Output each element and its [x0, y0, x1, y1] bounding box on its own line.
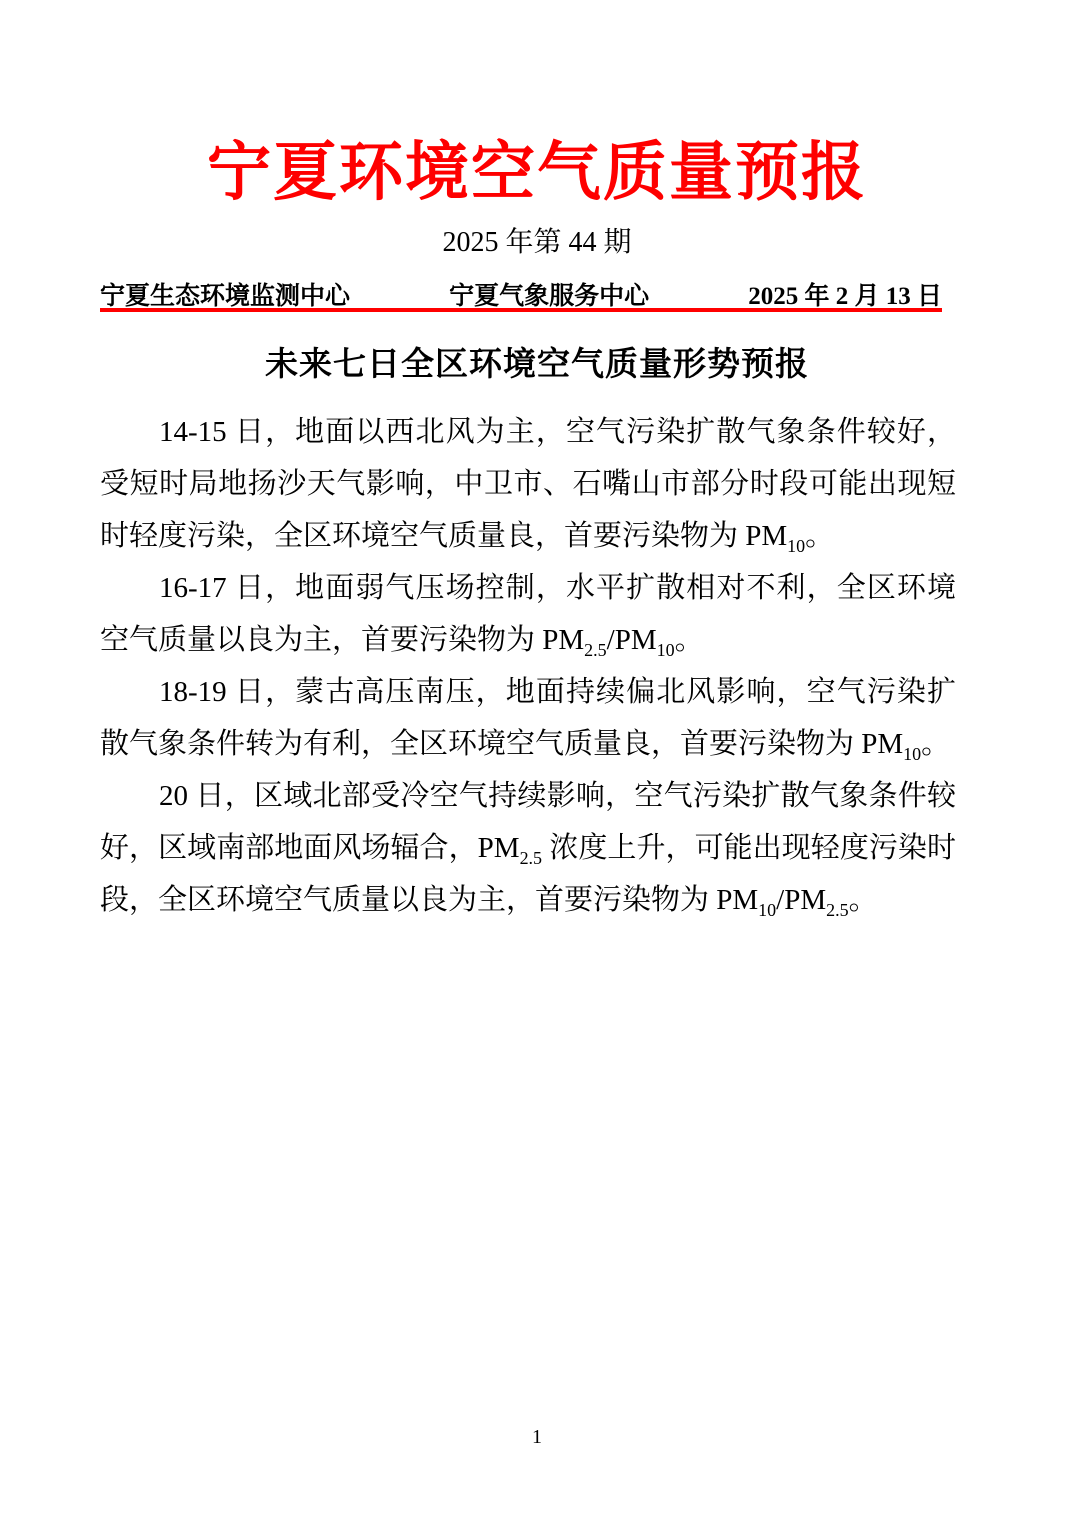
org-left-label: 宁夏生态环境监测中心: [100, 276, 350, 312]
masthead-title: 宁夏环境空气质量预报: [0, 121, 1074, 213]
issue-number-line: 2025 年第 44 期: [0, 220, 1074, 260]
forecast-body: 14-15 日，地面以西北风为主，空气污染扩散气象条件较好，受短时局地扬沙天气影…: [100, 406, 956, 926]
section-heading: 未来七日全区环境空气质量形势预报: [0, 338, 1074, 385]
organization-date-line: 宁夏生态环境监测中心 宁夏气象服务中心 2025 年 2 月 13 日: [100, 276, 942, 312]
forecast-paragraph: 14-15 日，地面以西北风为主，空气污染扩散气象条件较好，受短时局地扬沙天气影…: [100, 406, 956, 562]
org-center-label: 宁夏气象服务中心: [449, 276, 649, 312]
forecast-paragraph: 16-17 日，地面弱气压场控制，水平扩散相对不利，全区环境空气质量以良为主，首…: [100, 562, 956, 666]
forecast-paragraph: 20 日，区域北部受冷空气持续影响，空气污染扩散气象条件较好，区域南部地面风场辐…: [100, 770, 956, 926]
red-divider-rule: [100, 308, 942, 312]
document-page: 宁夏环境空气质量预报 2025 年第 44 期 宁夏生态环境监测中心 宁夏气象服…: [0, 0, 1074, 1520]
forecast-paragraph: 18-19 日，蒙古高压南压，地面持续偏北风影响，空气污染扩散气象条件转为有利，…: [100, 666, 956, 770]
page-number: 1: [0, 1426, 1074, 1449]
publish-date-label: 2025 年 2 月 13 日: [748, 276, 942, 312]
